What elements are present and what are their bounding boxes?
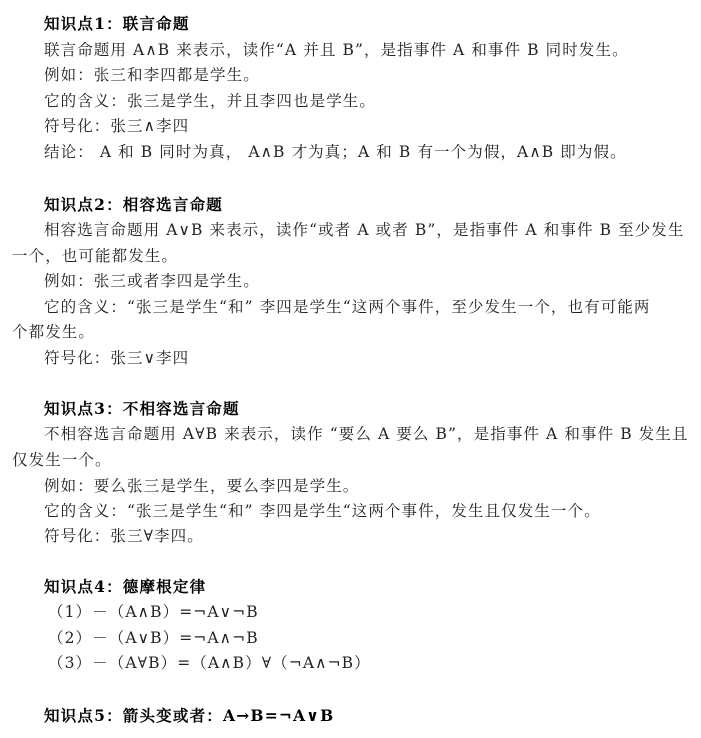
demorgan-rule-1: （1）－（A∧B）=¬A∨¬B <box>48 602 259 622</box>
section-2-example: 例如：张三或者李四是学生。 <box>44 271 260 291</box>
section-2-meaning-cont: 个都发生。 <box>12 322 95 342</box>
section-1-definition: 联言命题用 A∧B 来表示，读作“A 并且 B”，是指事件 A 和事件 B 同时… <box>44 40 629 60</box>
section-1-meaning: 它的含义：张三是学生，并且李四也是学生。 <box>44 91 376 111</box>
section-3-meaning: 它的含义：“张三是学生“和” 李四是学生“这两个事件，发生且仅发生一个。 <box>44 501 601 521</box>
section-4-heading: 知识点4：德摩根定律 <box>44 577 206 597</box>
section-3-symbolization: 符号化：张三∀李四。 <box>44 526 204 546</box>
section-1-example: 例如：张三和李四都是学生。 <box>44 65 260 85</box>
demorgan-rule-2: （2）－（A∨B）=¬A∧¬B <box>48 628 259 648</box>
section-1-heading: 知识点1：联言命题 <box>44 14 190 34</box>
section-2-heading: 知识点2：相容选言命题 <box>44 195 223 215</box>
section-3-definition: 不相容选言命题用 A∀B 来表示，读作 “要么 A 要么 B”，是指事件 A 和… <box>44 424 689 444</box>
section-2-definition-cont: 一个，也可能都发生。 <box>12 246 178 266</box>
section-2-definition: 相容选言命题用 A∨B 来表示，读作“或者 A 或者 B”，是指事件 A 和事件… <box>44 220 685 240</box>
section-5-heading: 知识点5：箭头变或者：A→B=¬A∨B <box>44 706 334 726</box>
section-3-example: 例如：要么张三是学生，要么李四是学生。 <box>44 476 359 496</box>
section-1-conclusion: 结论： A 和 B 同时为真， A∧B 才为真；A 和 B 有一个为假，A∧B … <box>44 142 627 162</box>
section-3-definition-cont: 仅发生一个。 <box>12 450 112 470</box>
section-1-symbolization: 符号化：张三∧李四 <box>44 116 189 136</box>
section-2-symbolization: 符号化：张三∨李四 <box>44 348 189 368</box>
demorgan-rule-3: （3）－（A∀B）=（A∧B）∀（¬A∧¬B） <box>48 653 371 673</box>
section-3-heading: 知识点3：不相容选言命题 <box>44 399 240 419</box>
section-2-meaning: 它的含义：“张三是学生“和” 李四是学生“这两个事件，至少发生一个，也有可能两 <box>44 297 651 317</box>
